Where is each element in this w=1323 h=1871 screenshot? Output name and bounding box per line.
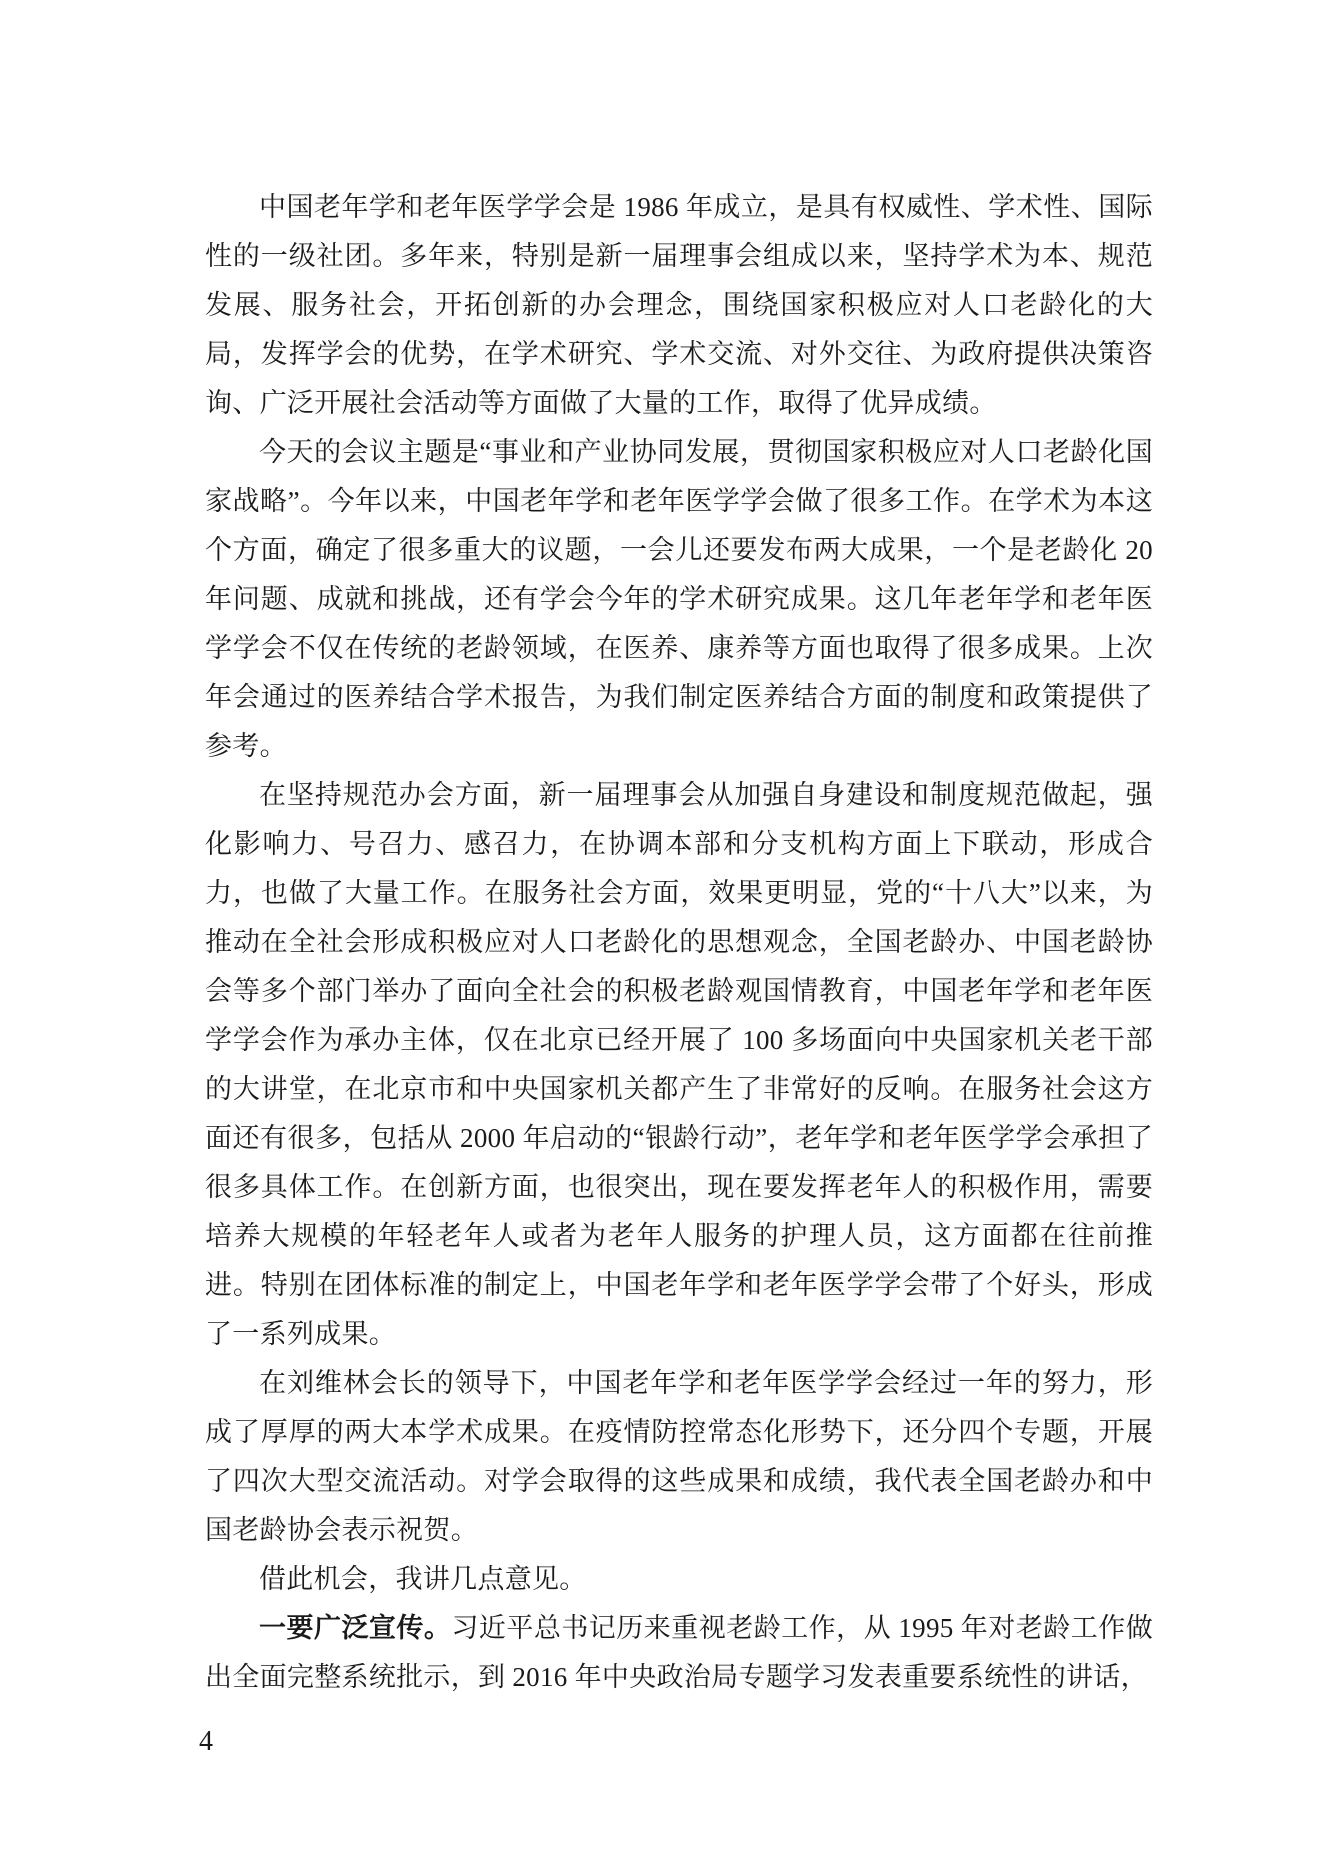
paragraph-congratulations: 在刘维林会长的领导下，中国老年学和老年医学学会经过一年的努力，形成了厚厚的两大本…: [205, 1359, 1153, 1555]
page-number: 4: [199, 1717, 213, 1766]
paragraph-intro-association: 中国老年学和老年医学学会是 1986 年成立，是具有权威性、学术性、国际性的一级…: [205, 183, 1153, 428]
paragraph-standardization-work: 在坚持规范办会方面，新一届理事会从加强自身建设和制度规范做起，强化影响力、号召力…: [205, 771, 1153, 1359]
paragraph-point-one: 一要广泛宣传。习近平总书记历来重视老龄工作，从 1995 年对老龄工作做出全面完…: [205, 1604, 1153, 1702]
paragraph-remarks-intro: 借此机会，我讲几点意见。: [205, 1555, 1153, 1604]
document-body: 中国老年学和老年医学学会是 1986 年成立，是具有权威性、学术性、国际性的一级…: [205, 183, 1153, 1702]
document-page: 中国老年学和老年医学学会是 1986 年成立，是具有权威性、学术性、国际性的一级…: [0, 0, 1323, 1871]
paragraph-point-one-lead: 一要广泛宣传。: [259, 1613, 451, 1643]
paragraph-meeting-theme: 今天的会议主题是“事业和产业协同发展，贯彻国家积极应对人口老龄化国家战略”。今年…: [205, 428, 1153, 771]
